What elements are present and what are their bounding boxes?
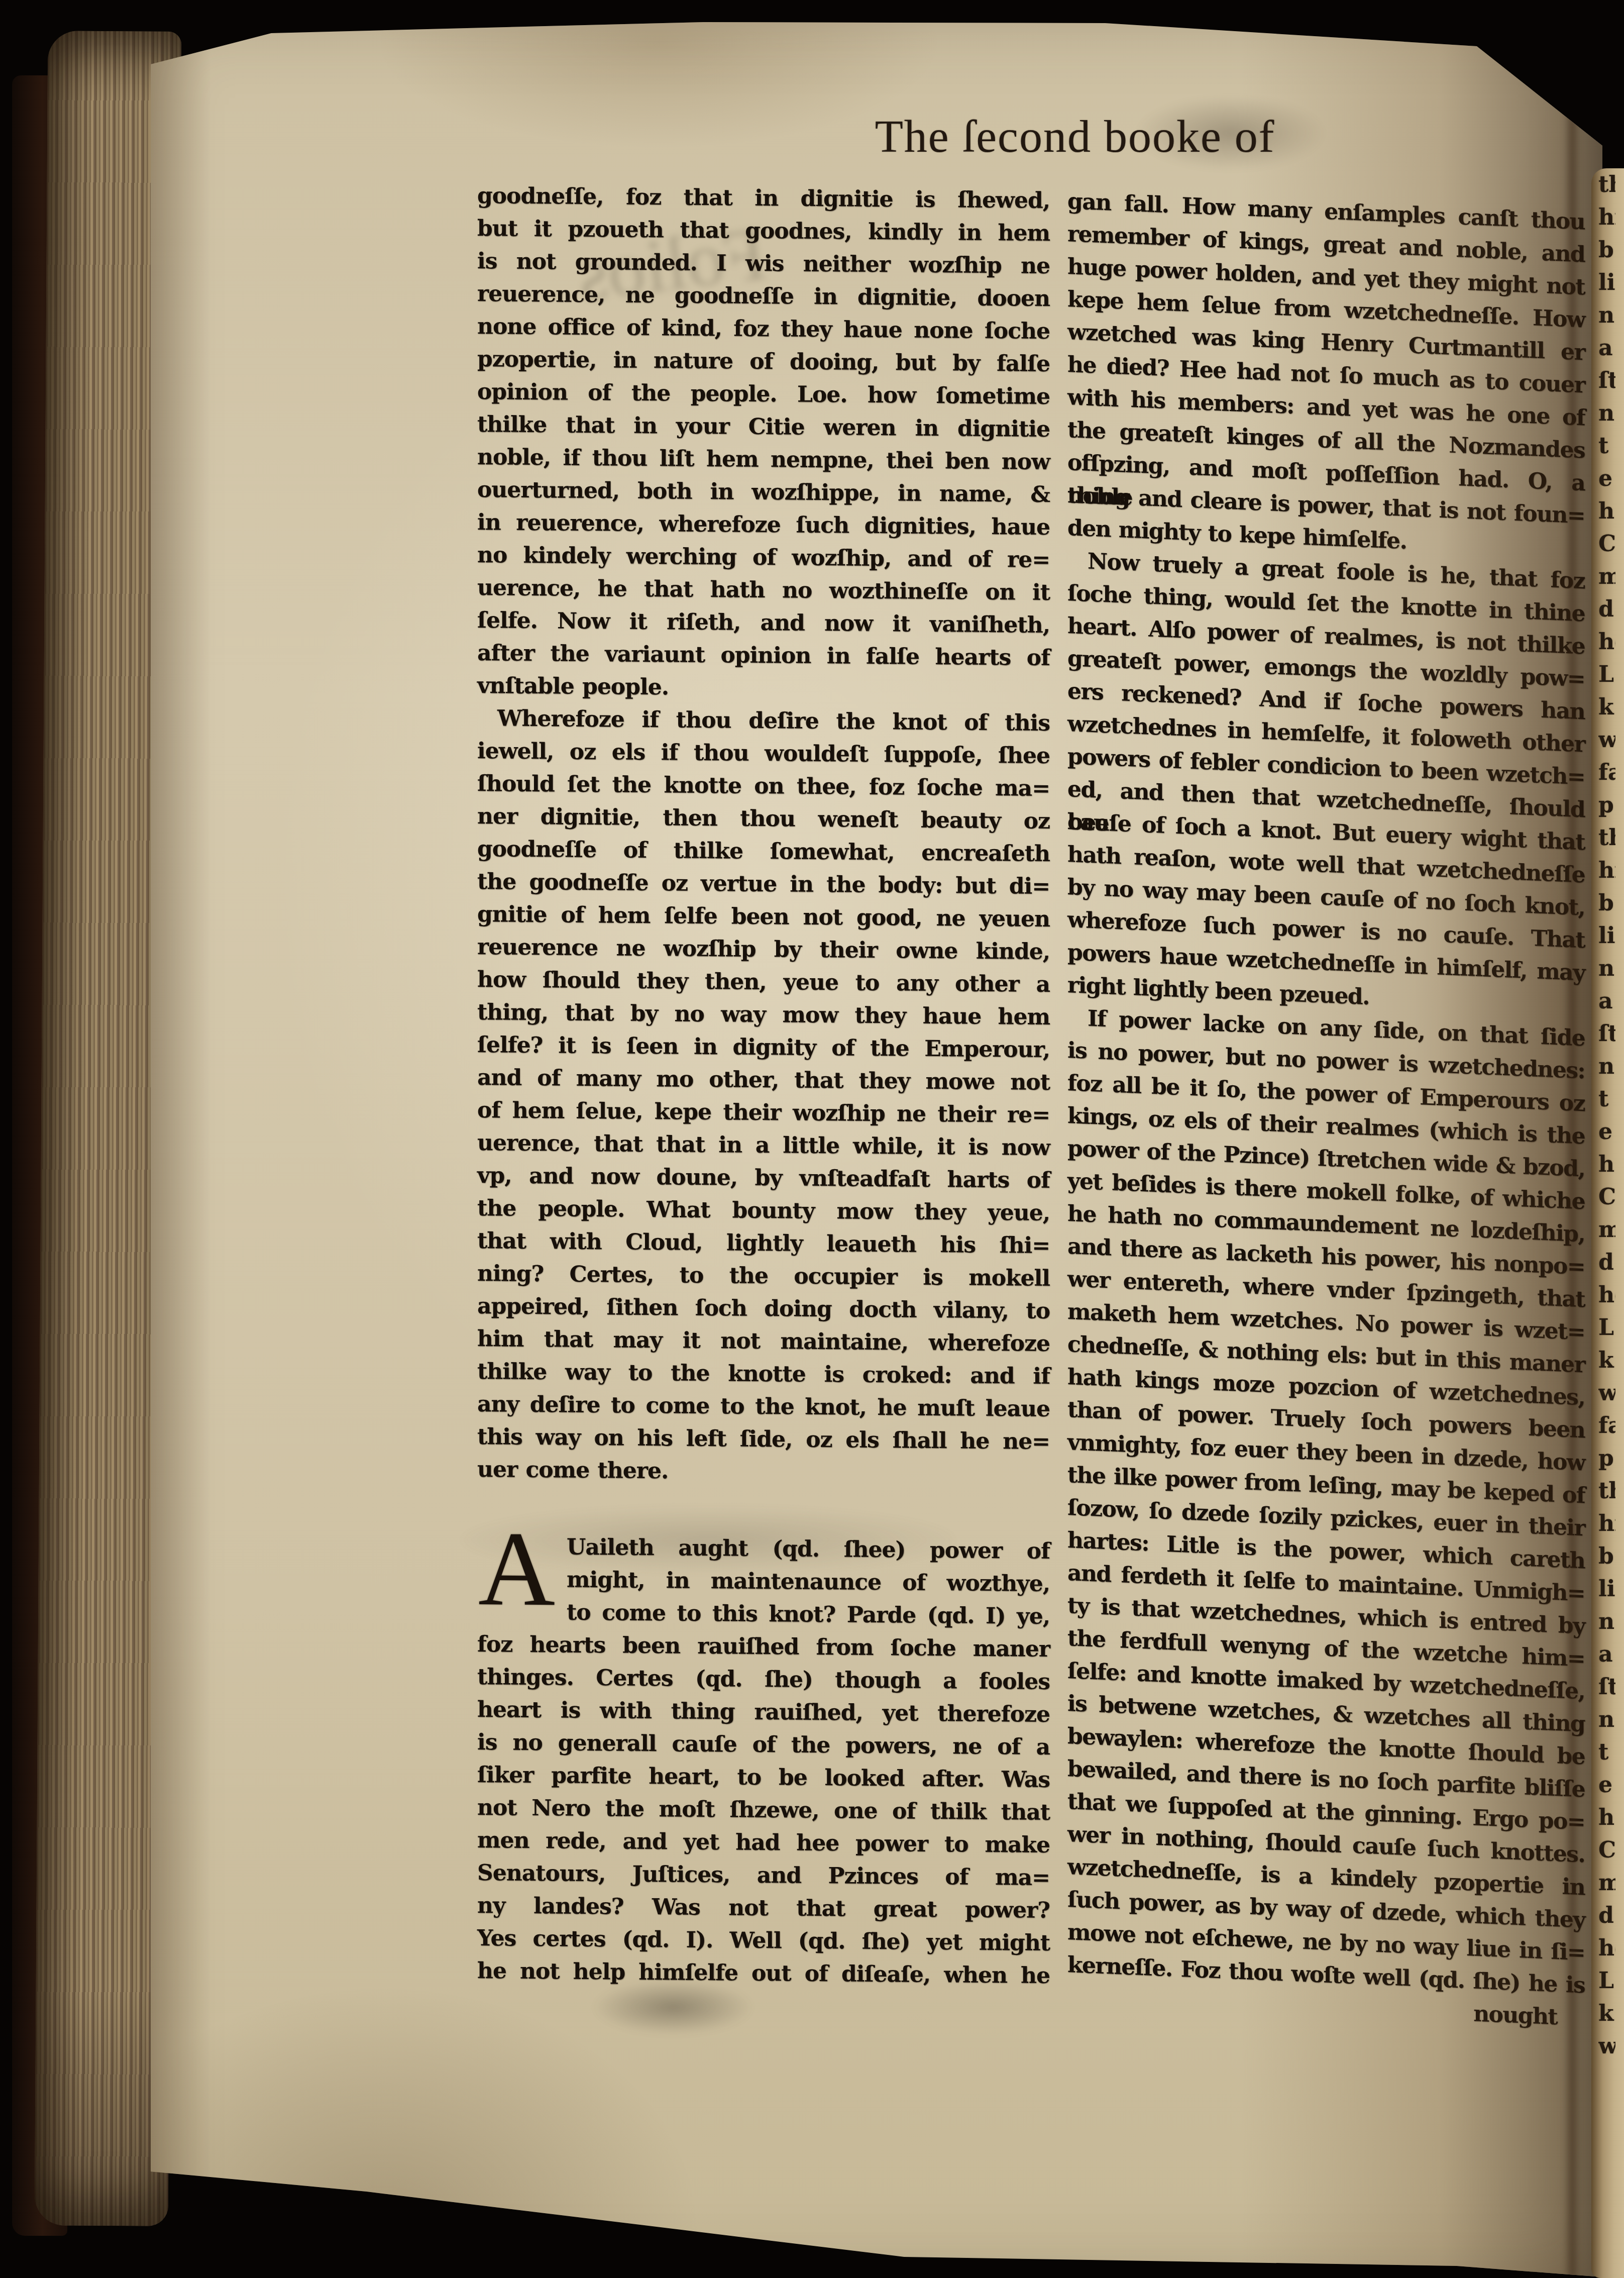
text-fragment: n <box>1598 1605 1615 1638</box>
drop-cap-letter: A <box>478 1524 565 1614</box>
text-fragment: b <box>1598 887 1615 919</box>
facing-page-edge: thhiblinaſtntehCmdheLkwfapthhiblinaſtnte… <box>1591 168 1624 2278</box>
text-line: uerence, that that in a little while, it… <box>477 1126 1050 1164</box>
text-line: no kindely werching of wozſhip, and of r… <box>477 539 1050 576</box>
text-fragment: w <box>1598 2030 1615 2062</box>
text-fragment: ſt <box>1598 1017 1615 1050</box>
text-line: goodneſſe of thilke ſomewhat, encreaſeth <box>477 833 1050 870</box>
text-line: ouerturned, both in wozſhippe, in name, … <box>477 473 1050 511</box>
text-line: ny landes? Was not that great power? <box>477 1889 1050 1927</box>
text-fragment: li <box>1598 919 1615 952</box>
text-line: vnſtable people. <box>477 669 1050 707</box>
text-fragment: p <box>1598 1442 1615 1475</box>
text-fragment: th <box>1598 821 1615 854</box>
text-fragment: b <box>1598 1540 1615 1573</box>
text-fragment: hi <box>1598 1507 1615 1540</box>
text-line: him that may it not maintaine, wherefoze <box>477 1322 1050 1360</box>
text-fragment: t <box>1598 1083 1615 1115</box>
page-left-shadow <box>151 20 211 2278</box>
text-line: uerence, he that hath no wozthineſſe on … <box>477 571 1050 609</box>
text-fragment: h <box>1598 1148 1615 1181</box>
text-fragment: n <box>1598 299 1615 332</box>
text-line: ner dignitie, then thou weneſt beauty oz <box>477 800 1050 838</box>
text-line: ning? Certes, to the occupier is mokell <box>477 1257 1050 1295</box>
text-line: ſelfe? it is ſeen in dignity of the Empe… <box>477 1028 1050 1066</box>
text-line: in reuerence, wherefoze ſuch dignities, … <box>477 506 1050 544</box>
text-fragment: n <box>1598 1703 1615 1736</box>
text-fragment: b <box>1598 234 1615 266</box>
text-line: reuerence, ne goodneſſe in dignitie, doo… <box>477 277 1050 315</box>
text-fragment: k <box>1598 1997 1615 2030</box>
text-fragment: d <box>1598 593 1615 626</box>
text-fragment: ſt <box>1598 1671 1615 1703</box>
text-line: Senatours, Juſtices, and Pzinces of ma= <box>477 1856 1050 1894</box>
text-line: thilke that in your Citie weren in digni… <box>477 408 1050 446</box>
text-line: and of many mo other, that they mowe not <box>477 1061 1050 1099</box>
gutter-crease <box>1568 111 1576 2278</box>
text-fragment: th <box>1598 168 1615 201</box>
text-line: ſiker parfite heart, to be looked after.… <box>477 1758 1050 1796</box>
text-fragment: k <box>1598 691 1615 723</box>
text-line: ſelfe. Now it riſeth, and now it vaniſhe… <box>477 604 1050 642</box>
text-line: iewell, oz els if thou wouldeſt ſuppoſe,… <box>477 735 1050 772</box>
text-fragment: C <box>1598 528 1615 560</box>
text-fragment: n <box>1598 397 1615 430</box>
text-fragment: h <box>1598 495 1615 528</box>
text-line: not Nero the moſt ſhzewe, one of thilk t… <box>477 1791 1050 1829</box>
text-line: after the variaunt opinion in falſe hear… <box>477 637 1050 674</box>
text-fragment: a <box>1598 1638 1615 1671</box>
text-fragment: fa <box>1598 756 1615 789</box>
text-fragment: t <box>1598 430 1615 462</box>
text-fragment: e <box>1598 1115 1615 1148</box>
text-line: goodneſſe, foz that in dignitie is ſhewe… <box>477 179 1050 217</box>
text-fragment: hi <box>1598 201 1615 234</box>
text-fragment: he <box>1598 1932 1615 1964</box>
text-line: the people. What bounty mow they yeue, <box>477 1192 1050 1229</box>
text-fragment: m <box>1598 1213 1615 1246</box>
facing-page-text-fragments: thhiblinaſtntehCmdheLkwfapthhiblinaſtnte… <box>1591 168 1624 2062</box>
text-line: vp, and now doune, by vnſteadfaſt harts … <box>477 1159 1050 1197</box>
text-fragment: he <box>1598 626 1615 658</box>
left-text-column: A goodneſſe, foz that in dignitie is ſhe… <box>477 179 1050 1992</box>
text-fragment: t <box>1598 1736 1615 1769</box>
text-fragment: a <box>1598 332 1615 364</box>
text-fragment: hi <box>1598 854 1615 887</box>
text-line: noble, if thou liſt hem nempne, thei ben… <box>477 441 1050 478</box>
text-line: how ſhould they then, yeue to any other … <box>477 963 1050 1001</box>
text-fragment: li <box>1598 1573 1615 1605</box>
text-line: this way on his left ſide, oz els ſhall … <box>477 1420 1050 1458</box>
text-fragment: m <box>1598 560 1615 593</box>
text-line: the goodneſſe oz vertue in the body: but… <box>477 865 1050 903</box>
text-line: but it pzoueth that goodnes, kindly in h… <box>477 212 1050 250</box>
text-fragment: L <box>1598 658 1615 691</box>
text-line: pzopertie, in nature of dooing, but by f… <box>477 343 1050 380</box>
text-fragment: ſt <box>1598 364 1615 397</box>
text-fragment: L <box>1598 1964 1615 1997</box>
text-line: gnitie of hem ſelfe been not good, ne ye… <box>477 898 1050 936</box>
text-line: any deſire to come to the knot, he muſt … <box>477 1388 1050 1425</box>
text-line: foz hearts been rauiſhed from ſoche mane… <box>477 1628 1050 1666</box>
text-fragment: C <box>1598 1181 1615 1213</box>
text-fragment: m <box>1598 1867 1615 1899</box>
text-fragment: li <box>1598 266 1615 299</box>
text-fragment: th <box>1598 1475 1615 1507</box>
text-line: opinion of the people. Loe. how ſometime <box>477 375 1050 413</box>
text-line: he not help himſelfe out of diſeaſe, whe… <box>477 1954 1050 1992</box>
text-fragment: a <box>1598 985 1615 1017</box>
text-fragment: d <box>1598 1246 1615 1279</box>
text-fragment: k <box>1598 1344 1615 1377</box>
text-fragment: L <box>1598 1311 1615 1344</box>
text-fragment: w <box>1598 1377 1615 1409</box>
text-line: reuerence ne wozſhip by their owne kinde… <box>477 930 1050 968</box>
text-line: Yes certes (qd. I). Well (qd. ſhe) yet m… <box>477 1922 1050 1959</box>
text-fragment: fa <box>1598 1409 1615 1442</box>
text-line: thinges. Certes (qd. ſhe) though a foole… <box>477 1661 1050 1698</box>
text-fragment: n <box>1598 952 1615 985</box>
text-line: thing, that by no way mow they haue hem <box>477 996 1050 1033</box>
text-fragment: w <box>1598 723 1615 756</box>
text-fragment: e <box>1598 1769 1615 1801</box>
text-line: of hem ſelue, kepe their wozſhip ne thei… <box>477 1094 1050 1131</box>
text-fragment: p <box>1598 789 1615 821</box>
text-line: is not grounded. I wis neither wozſhip n… <box>477 245 1050 282</box>
text-line: uer come there. <box>477 1453 1050 1491</box>
gutter-shadow <box>1241 20 1602 2278</box>
text-line: heart is with thing rauiſhed, yet theref… <box>477 1693 1050 1731</box>
book-page-scan: Folios The ſecond booke of A goodneſſe, … <box>0 0 1624 2278</box>
text-fragment: h <box>1598 1801 1615 1834</box>
text-fragment: n <box>1598 1050 1615 1083</box>
text-line: is no generall cauſe of the powers, ne o… <box>477 1726 1050 1764</box>
text-line: appeired, ſithen ſoch doing docth vilany… <box>477 1290 1050 1327</box>
text-line: none office of kind, foz they haue none … <box>477 310 1050 348</box>
book-page: Folios The ſecond booke of A goodneſſe, … <box>151 20 1602 2278</box>
text-fragment: C <box>1598 1834 1615 1867</box>
text-line: Wherefoze if thou deſire the knot of thi… <box>477 702 1050 740</box>
text-line: that with Cloud, lightly leaueth his ſhi… <box>477 1224 1050 1262</box>
text-fragment: he <box>1598 1279 1615 1311</box>
text-fragment: e <box>1598 462 1615 495</box>
text-line: men rede, and yet had hee power to make <box>477 1824 1050 1861</box>
text-line: ſhould ſet the knotte on thee, foz ſoche… <box>477 767 1050 805</box>
text-fragment: d <box>1598 1899 1615 1932</box>
text-line: thilke way to the knotte is croked: and … <box>477 1355 1050 1393</box>
